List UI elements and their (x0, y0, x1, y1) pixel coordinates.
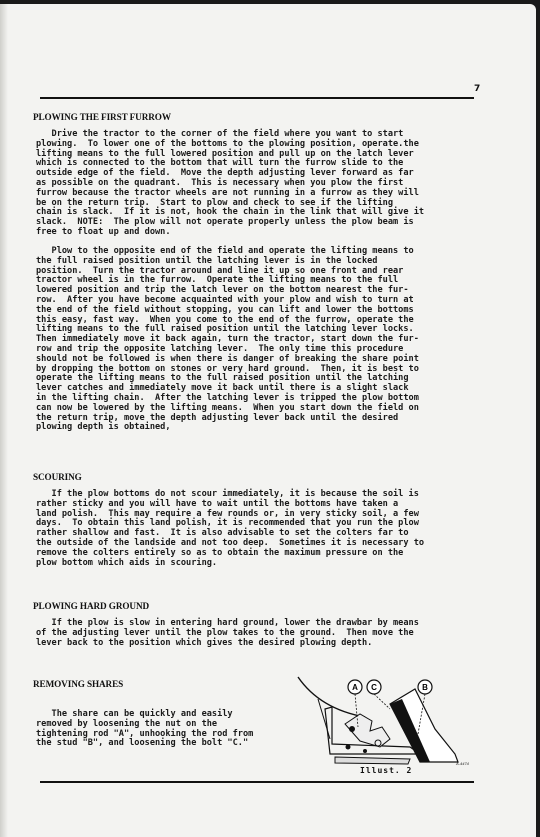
svg-text:A: A (352, 683, 358, 692)
section-heading-scouring: SCOURING (33, 472, 82, 482)
illustration-part-code: A-4474 (456, 761, 469, 766)
svg-text:B: B (422, 683, 428, 692)
section-heading-first-furrow: PLOWING THE FIRST FURROW (33, 112, 171, 122)
paragraph-first-furrow-2: Plow to the opposite end of the field an… (36, 247, 516, 433)
page-number: 7 (474, 84, 480, 94)
callout-a: A (348, 680, 362, 694)
illustration-caption: Illust. 2 (360, 766, 412, 775)
paragraph-first-furrow-1: Drive the tractor to the corner of the f… (36, 130, 516, 238)
text-line: free to float up and down. (36, 228, 516, 238)
paragraph-scouring: If the plow bottoms do not scour immedia… (36, 490, 516, 568)
callout-c: C (367, 680, 381, 694)
paragraph-removing-shares: The share can be quickly and easilyremov… (36, 710, 286, 749)
header-rule (40, 97, 474, 99)
text-line: plow bottom which aids in scouring. (36, 559, 516, 569)
text-line: lever back to the position which gives t… (36, 639, 516, 649)
text-line: plowing depth is obtained, (36, 423, 516, 433)
callout-b: B (418, 680, 432, 694)
manual-page: 7 PLOWING THE FIRST FURROW Drive the tra… (0, 4, 536, 837)
plow-share-illustration: A C B (290, 669, 470, 769)
section-heading-removing-shares: REMOVING SHARES (33, 679, 123, 689)
section-heading-hard-ground: PLOWING HARD GROUND (33, 601, 149, 611)
svg-text:C: C (371, 683, 377, 692)
text-line: the stud "B", and loosening the bolt "C.… (36, 739, 286, 749)
footer-rule (40, 781, 474, 783)
paragraph-hard-ground: If the plow is slow in entering hard gro… (36, 619, 516, 648)
